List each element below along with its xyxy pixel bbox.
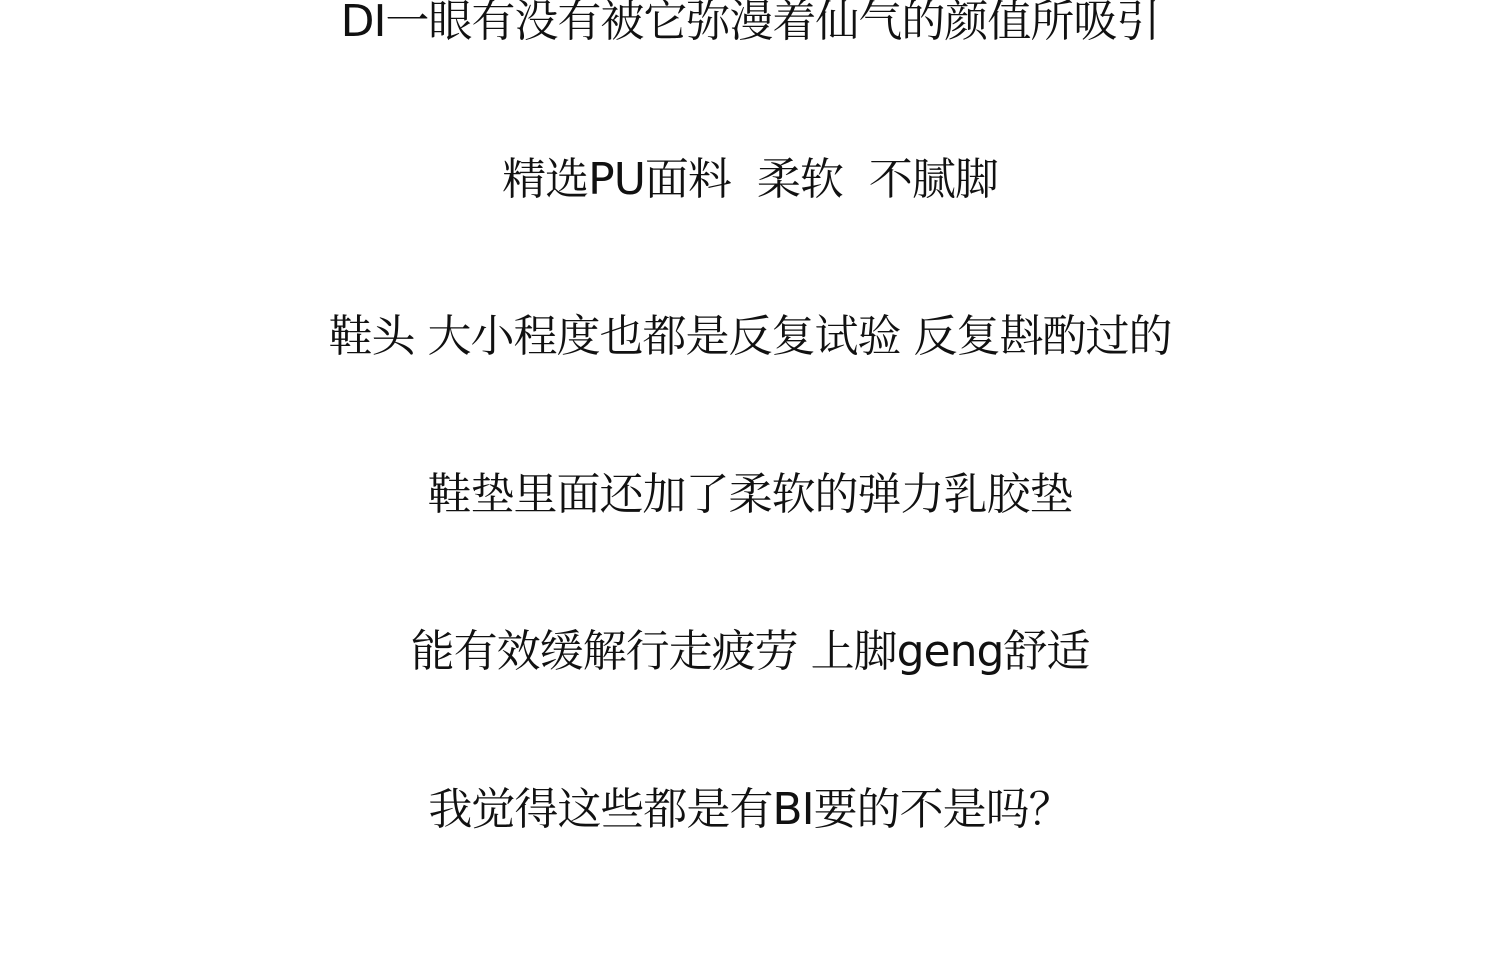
text-line-appearance: DI一眼有没有被它弥漫着仙气的颜值所吸引 bbox=[0, 0, 1500, 52]
text-line-material: 精选PU面料 柔软 不腻脚 bbox=[0, 150, 1500, 210]
text-line-toe-design: 鞋头 大小程度也都是反复试验 反复斟酌过的 bbox=[0, 307, 1500, 367]
text-line-closing: 我觉得这些都是有BI要的不是吗？ bbox=[0, 780, 1500, 840]
text-line-comfort: 能有效缓解行走疲劳 上脚geng舒适 bbox=[0, 622, 1500, 682]
text-line-insole: 鞋垫里面还加了柔软的弹力乳胶垫 bbox=[0, 465, 1500, 525]
product-description-poster: DI一眼有没有被它弥漫着仙气的颜值所吸引 精选PU面料 柔软 不腻脚 鞋头 大小… bbox=[0, 0, 1500, 963]
